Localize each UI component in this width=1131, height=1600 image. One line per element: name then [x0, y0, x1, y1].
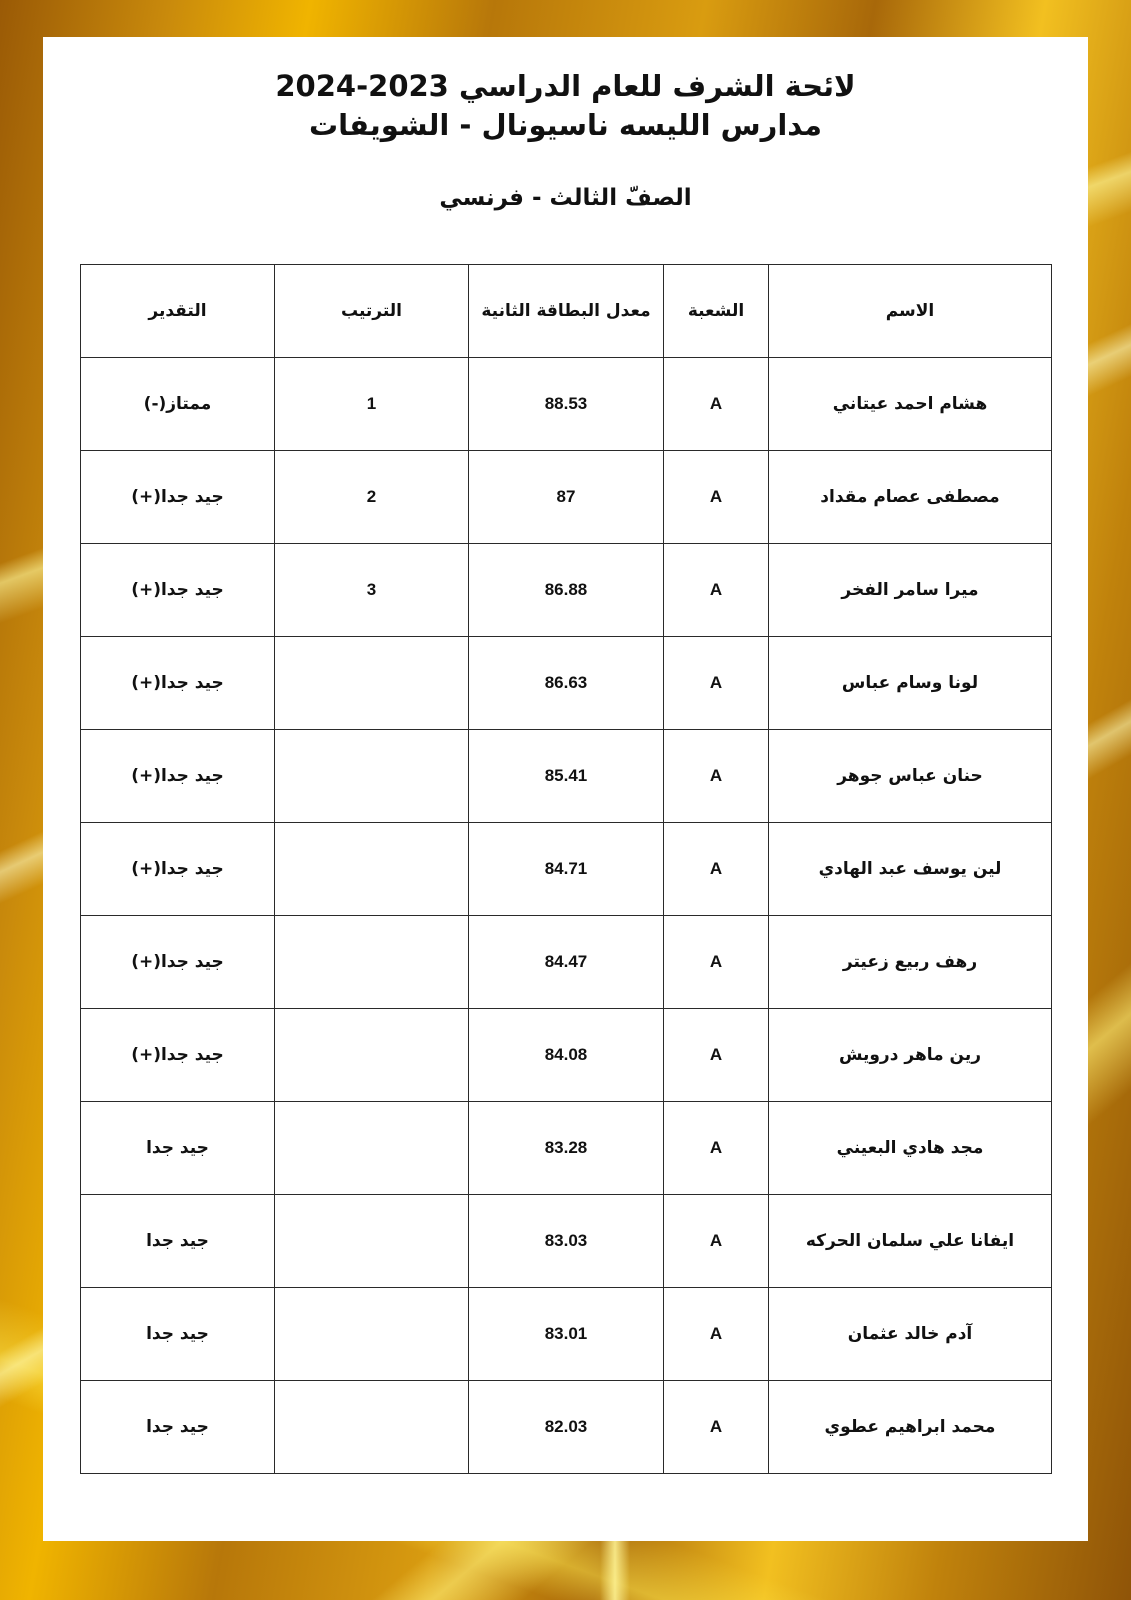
class-subtitle: الصفّ الثالث - فرنسي [43, 183, 1088, 213]
cell-grade: ممتاز(-) [81, 358, 275, 451]
table-header-row: الاسم الشعبة معدل البطاقة الثانية الترتي… [81, 265, 1052, 358]
cell-name: حنان عباس جوهر [769, 730, 1052, 823]
cell-grade: جيد جدا [81, 1288, 275, 1381]
cell-grade: جيد جدا [81, 1195, 275, 1288]
cell-average: 83.03 [469, 1195, 664, 1288]
title-line-1: لائحة الشرف للعام الدراسي 2023-2024 [43, 67, 1088, 106]
cell-grade: جيد جدا(+) [81, 916, 275, 1009]
cell-rank [275, 916, 469, 1009]
cell-name: لين يوسف عبد الهادي [769, 823, 1052, 916]
cell-average: 86.88 [469, 544, 664, 637]
cell-rank [275, 1195, 469, 1288]
cell-grade: جيد جدا(+) [81, 823, 275, 916]
cell-name: رهف ربيع زعيتر [769, 916, 1052, 1009]
table-row: ميرا سامر الفخر A 86.88 3 جيد جدا(+) [81, 544, 1052, 637]
cell-average: 86.63 [469, 637, 664, 730]
cell-name: هشام احمد عيتاني [769, 358, 1052, 451]
cell-grade: جيد جدا [81, 1381, 275, 1474]
table-row: لين يوسف عبد الهادي A 84.71 جيد جدا(+) [81, 823, 1052, 916]
cell-rank [275, 823, 469, 916]
table-row: ايفانا علي سلمان الحركه A 83.03 جيد جدا [81, 1195, 1052, 1288]
honor-roll-table: الاسم الشعبة معدل البطاقة الثانية الترتي… [80, 264, 1052, 1474]
cell-name: محمد ابراهيم عطوي [769, 1381, 1052, 1474]
cell-section: A [664, 730, 769, 823]
cell-name: آدم خالد عثمان [769, 1288, 1052, 1381]
cell-average: 87 [469, 451, 664, 544]
cell-rank [275, 637, 469, 730]
cell-average: 83.01 [469, 1288, 664, 1381]
cell-average: 84.71 [469, 823, 664, 916]
cell-rank [275, 1102, 469, 1195]
table-row: رين ماهر درويش A 84.08 جيد جدا(+) [81, 1009, 1052, 1102]
cell-rank [275, 1381, 469, 1474]
table-row: محمد ابراهيم عطوي A 82.03 جيد جدا [81, 1381, 1052, 1474]
cell-rank: 2 [275, 451, 469, 544]
title-line-2: مدارس الليسه ناسيونال - الشويفات [43, 106, 1088, 145]
column-header-rank: الترتيب [275, 265, 469, 358]
cell-name: ميرا سامر الفخر [769, 544, 1052, 637]
table-row: حنان عباس جوهر A 85.41 جيد جدا(+) [81, 730, 1052, 823]
column-header-section: الشعبة [664, 265, 769, 358]
cell-section: A [664, 1102, 769, 1195]
cell-name: مصطفى عصام مقداد [769, 451, 1052, 544]
cell-average: 85.41 [469, 730, 664, 823]
cell-rank [275, 730, 469, 823]
cell-section: A [664, 1288, 769, 1381]
table-row: مصطفى عصام مقداد A 87 2 جيد جدا(+) [81, 451, 1052, 544]
cell-grade: جيد جدا(+) [81, 637, 275, 730]
cell-rank [275, 1009, 469, 1102]
column-header-name: الاسم [769, 265, 1052, 358]
table-row: لونا وسام عباس A 86.63 جيد جدا(+) [81, 637, 1052, 730]
column-header-average: معدل البطاقة الثانية [469, 265, 664, 358]
cell-section: A [664, 544, 769, 637]
cell-name: مجد هادي البعيني [769, 1102, 1052, 1195]
cell-grade: جيد جدا(+) [81, 730, 275, 823]
cell-grade: جيد جدا(+) [81, 1009, 275, 1102]
cell-rank: 1 [275, 358, 469, 451]
cell-section: A [664, 916, 769, 1009]
table-row: مجد هادي البعيني A 83.28 جيد جدا [81, 1102, 1052, 1195]
table-row: رهف ربيع زعيتر A 84.47 جيد جدا(+) [81, 916, 1052, 1009]
cell-average: 83.28 [469, 1102, 664, 1195]
cell-section: A [664, 1381, 769, 1474]
cell-section: A [664, 451, 769, 544]
cell-rank: 3 [275, 544, 469, 637]
cell-section: A [664, 1009, 769, 1102]
cell-average: 84.08 [469, 1009, 664, 1102]
background-light-streak [600, 1540, 630, 1600]
cell-section: A [664, 358, 769, 451]
cell-section: A [664, 637, 769, 730]
cell-section: A [664, 823, 769, 916]
cell-average: 82.03 [469, 1381, 664, 1474]
table-row: آدم خالد عثمان A 83.01 جيد جدا [81, 1288, 1052, 1381]
cell-grade: جيد جدا(+) [81, 451, 275, 544]
cell-name: لونا وسام عباس [769, 637, 1052, 730]
cell-rank [275, 1288, 469, 1381]
cell-average: 88.53 [469, 358, 664, 451]
cell-name: رين ماهر درويش [769, 1009, 1052, 1102]
cell-section: A [664, 1195, 769, 1288]
header: لائحة الشرف للعام الدراسي 2023-2024 مدار… [43, 67, 1088, 213]
table-row: هشام احمد عيتاني A 88.53 1 ممتاز(-) [81, 358, 1052, 451]
cell-name: ايفانا علي سلمان الحركه [769, 1195, 1052, 1288]
column-header-grade: التقدير [81, 265, 275, 358]
cell-average: 84.47 [469, 916, 664, 1009]
honor-roll-panel: لائحة الشرف للعام الدراسي 2023-2024 مدار… [43, 37, 1088, 1541]
cell-grade: جيد جدا(+) [81, 544, 275, 637]
cell-grade: جيد جدا [81, 1102, 275, 1195]
